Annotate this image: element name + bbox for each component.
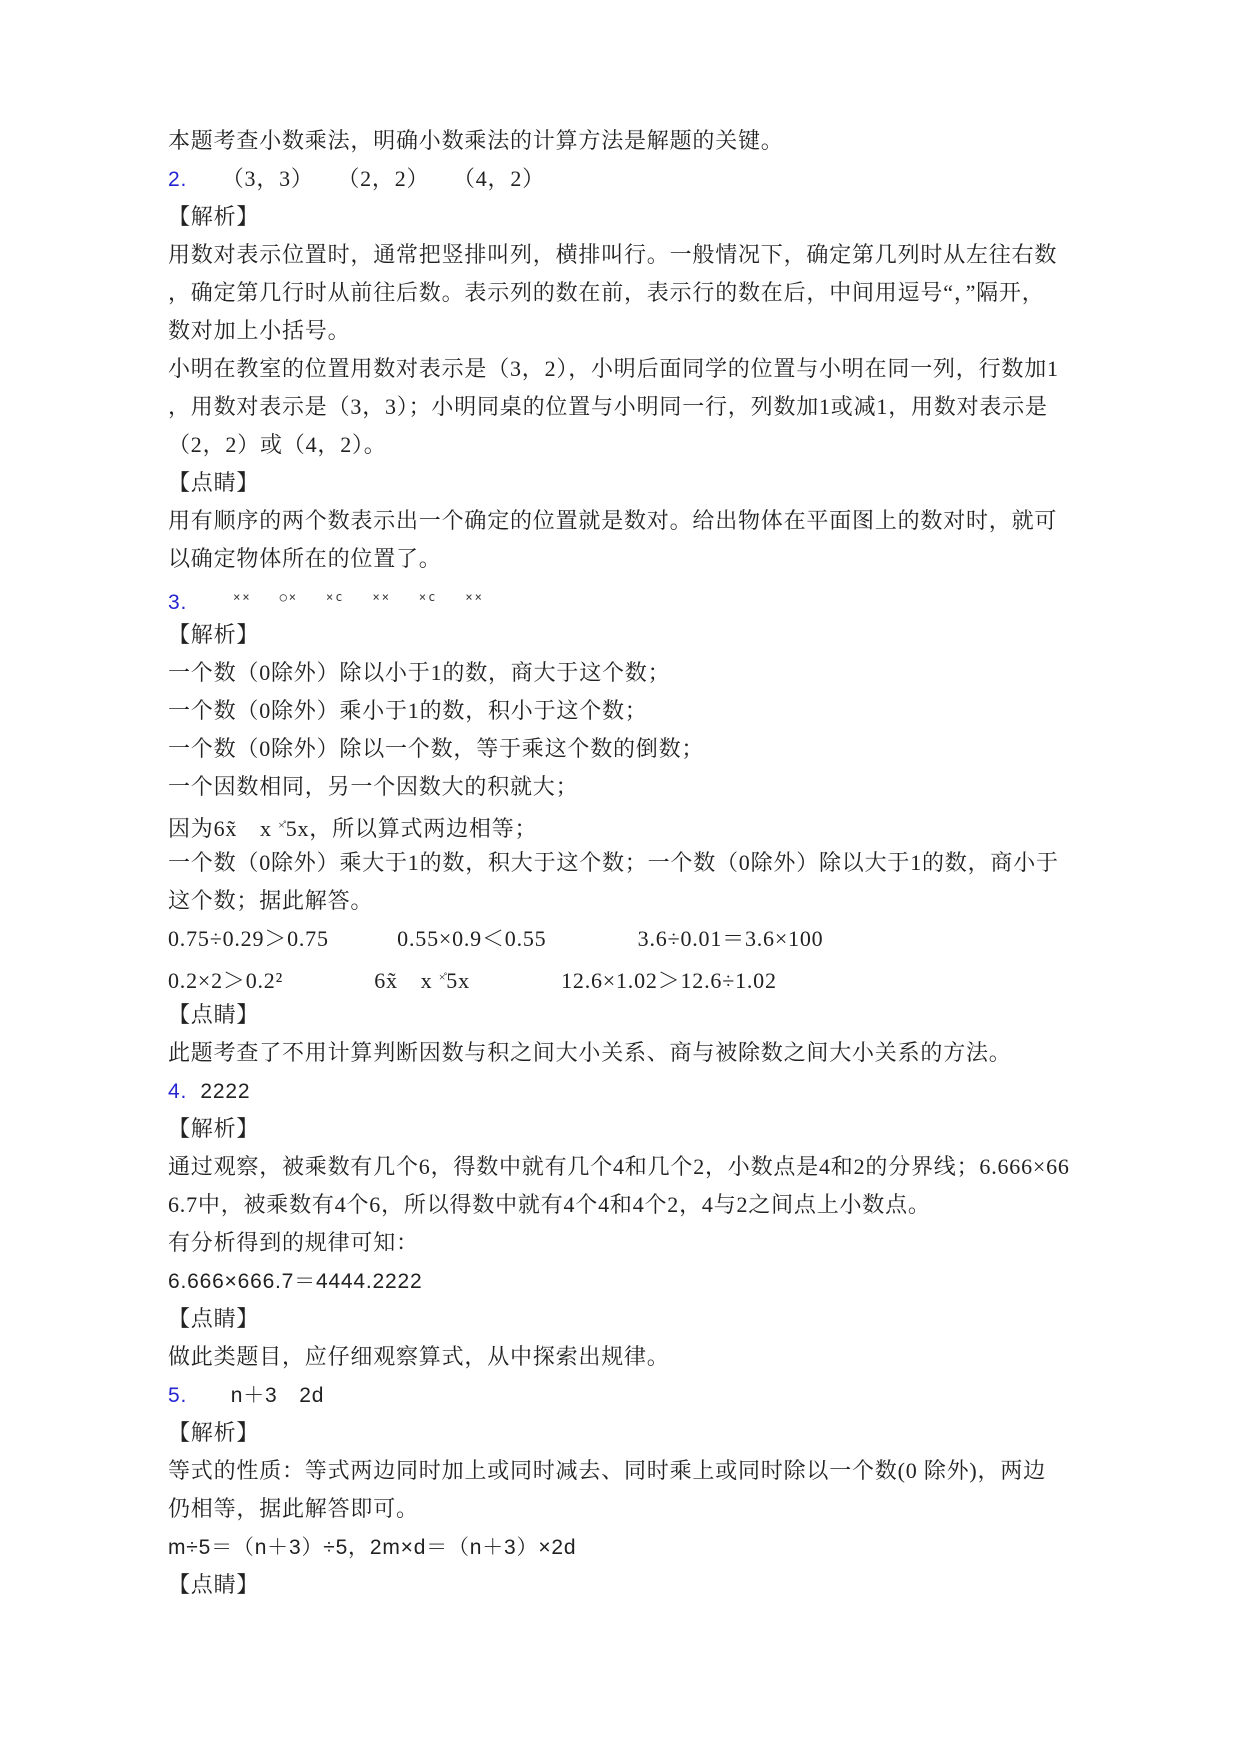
body-line: ，确定第几行时从前往后数。表示列的数在前，表示行的数在后，中间用逗号“，”隔开， (168, 274, 1171, 312)
body-line: 一个数（0除外）乘大于1的数，积大于这个数；一个数（0除外）除以大于1的数，商小… (168, 844, 1171, 882)
answer-text: n＋3 2d (187, 1384, 324, 1407)
formula-part: 因为6x̃ x (168, 816, 278, 841)
analysis-tag: 【解析】 (168, 616, 1171, 654)
line-text: 一个因数相同，另一个因数大的积就大； (168, 774, 578, 799)
line-text: 6.7中，被乘数有4个6，所以得数中就有4个4和4个2，4与2之间点上小数点。 (168, 1192, 931, 1217)
formula-text: m÷5＝（n＋3）÷5，2m×d＝（n＋3）×2d (168, 1536, 576, 1559)
formula-line: 0.2×2＞0.2² 6x̃ x ×̊5x 12.6×1.02＞12.6÷1.0… (168, 958, 1171, 996)
body-line: 6.7中，被乘数有4个6，所以得数中就有4个4和4个2，4与2之间点上小数点。 (168, 1186, 1171, 1224)
answer-line-q4: 4. 2222 (168, 1072, 1171, 1110)
body-line: 以确定物体所在的位置了。 (168, 540, 1171, 578)
body-line: 一个数（0除外）乘小于1的数，积小于这个数； (168, 692, 1171, 730)
body-line: 做此类题目，应仔细观察算式，从中探索出规律。 (168, 1338, 1171, 1376)
tag-text: 【点睛】 (168, 470, 259, 495)
highlight-tag: 【点睛】 (168, 1300, 1171, 1338)
line-text: 本题考查小数乘法，明确小数乘法的计算方法是解题的关键。 (168, 128, 784, 153)
body-line: 仍相等，据此解答即可。 (168, 1490, 1171, 1528)
answer-text: 2222 (187, 1080, 250, 1103)
formula-part: 5x 12.6×1.02＞12.6÷1.02 (446, 968, 776, 993)
line-text: （2，2）或（4，2）。 (168, 432, 387, 457)
analysis-tag: 【解析】 (168, 1414, 1171, 1452)
tag-text: 【点睛】 (168, 1306, 259, 1331)
body-line: 有分析得到的规律可知： (168, 1224, 1171, 1262)
body-line: 数对加上小括号。 (168, 312, 1171, 350)
formula-line: 6.666×666.7＝4444.2222 (168, 1262, 1171, 1300)
tag-text: 【解析】 (168, 1420, 259, 1445)
body-line: 一个因数相同，另一个因数大的积就大； (168, 768, 1171, 806)
body-line: 小明在教室的位置用数对表示是（3，2），小明后面同学的位置与小明在同一列，行数加… (168, 350, 1171, 388)
answer-line-q5: 5. n＋3 2d (168, 1376, 1171, 1414)
line-text: 这个数；据此解答。 (168, 888, 373, 913)
body-line: ，用数对表示是（3，3）；小明同桌的位置与小明同一行，列数加1或减1，用数对表示… (168, 388, 1171, 426)
line-text: 做此类题目，应仔细观察算式，从中探索出规律。 (168, 1344, 670, 1369)
formula-part: 5x，所以算式两边相等； (286, 816, 538, 841)
body-line: 一个数（0除外）除以一个数，等于乘这个数的倒数； (168, 730, 1171, 768)
tag-text: 【解析】 (168, 204, 259, 229)
line-text: 一个数（0除外）乘大于1的数，积大于这个数；一个数（0除外）除以大于1的数，商小… (168, 850, 1059, 875)
body-line: 这个数；据此解答。 (168, 882, 1171, 920)
line-text: 一个数（0除外）除以小于1的数，商大于这个数； (168, 660, 670, 685)
answer-line-q3: 3.×× ○× ×c ×× ×c ×× (168, 578, 1171, 616)
analysis-tag: 【解析】 (168, 1110, 1171, 1148)
line-text: 通过观察，被乘数有几个6，得数中就有几个4和几个2，小数点是4和2的分界线；6.… (168, 1154, 1070, 1179)
tag-text: 【点睛】 (168, 1572, 259, 1597)
line-text: 此题考查了不用计算判断因数与积之间大小关系、商与被除数之间大小关系的方法。 (168, 1040, 1012, 1065)
tag-text: 【点睛】 (168, 1002, 259, 1027)
tag-text: 【解析】 (168, 622, 259, 647)
formula-line: m÷5＝（n＋3）÷5，2m×d＝（n＋3）×2d (168, 1528, 1171, 1566)
answer-line-q2: 2. （3，3） （2，2） （4，2） (168, 160, 1171, 198)
formula-part: 0.2×2＞0.2² 6x̃ x (168, 968, 439, 993)
body-line: 此题考查了不用计算判断因数与积之间大小关系、商与被除数之间大小关系的方法。 (168, 1034, 1171, 1072)
formula-line: 0.75÷0.29＞0.75 0.55×0.9＜0.55 3.6÷0.01＝3.… (168, 920, 1171, 958)
formula-superscript: ×̊ (278, 818, 286, 832)
highlight-tag: 【点睛】 (168, 1566, 1171, 1604)
body-line: 用有顺序的两个数表示出一个确定的位置就是数对。给出物体在平面图上的数对时，就可 (168, 502, 1171, 540)
body-line: （2，2）或（4，2）。 (168, 426, 1171, 464)
highlight-tag: 【点睛】 (168, 996, 1171, 1034)
line-text: ，确定第几行时从前往后数。表示列的数在前，表示行的数在后，中间用逗号“，”隔开， (168, 280, 1045, 305)
line-text: 以确定物体所在的位置了。 (168, 546, 442, 571)
question-number: 2. (168, 168, 187, 191)
formula-text: 6.666×666.7＝4444.2222 (168, 1270, 422, 1293)
body-line: 通过观察，被乘数有几个6，得数中就有几个4和几个2，小数点是4和2的分界线；6.… (168, 1148, 1171, 1186)
answer-symbols: ×× ○× ×c ×× ×c ×× (233, 590, 484, 604)
question-number: 3. (168, 591, 187, 614)
line-text: ，用数对表示是（3，3）；小明同桌的位置与小明同一行，列数加1或减1，用数对表示… (168, 394, 1048, 419)
analysis-tag: 【解析】 (168, 198, 1171, 236)
line-text: 有分析得到的规律可知： (168, 1230, 419, 1255)
formula-text: 0.75÷0.29＞0.75 0.55×0.9＜0.55 3.6÷0.01＝3.… (168, 926, 823, 951)
line-text: 小明在教室的位置用数对表示是（3，2），小明后面同学的位置与小明在同一列，行数加… (168, 356, 1059, 381)
line-text: 用数对表示位置时，通常把竖排叫列，横排叫行。一般情况下，确定第几列时从左往右数 (168, 242, 1057, 267)
line-text: 用有顺序的两个数表示出一个确定的位置就是数对。给出物体在平面图上的数对时，就可 (168, 508, 1057, 533)
line-text: 仍相等，据此解答即可。 (168, 1496, 419, 1521)
line-text: 等式的性质：等式两边同时加上或同时减去、同时乘上或同时除以一个数(0 除外)，两… (168, 1458, 1046, 1483)
question-number: 4. (168, 1080, 187, 1103)
document-page: 本题考查小数乘法，明确小数乘法的计算方法是解题的关键。 2. （3，3） （2，… (0, 0, 1241, 1754)
line-text: 一个数（0除外）除以一个数，等于乘这个数的倒数； (168, 736, 704, 761)
body-line: 等式的性质：等式两边同时加上或同时减去、同时乘上或同时除以一个数(0 除外)，两… (168, 1452, 1171, 1490)
line-text: 一个数（0除外）乘小于1的数，积小于这个数； (168, 698, 648, 723)
body-line: 一个数（0除外）除以小于1的数，商大于这个数； (168, 654, 1171, 692)
answer-text: （3，3） （2，2） （4，2） (187, 166, 545, 191)
formula-line: 因为6x̃ x ×̊5x，所以算式两边相等； (168, 806, 1171, 844)
line-text: 数对加上小括号。 (168, 318, 350, 343)
highlight-tag: 【点睛】 (168, 464, 1171, 502)
body-line: 用数对表示位置时，通常把竖排叫列，横排叫行。一般情况下，确定第几列时从左往右数 (168, 236, 1171, 274)
question-number: 5. (168, 1384, 187, 1407)
tag-text: 【解析】 (168, 1116, 259, 1141)
body-line: 本题考查小数乘法，明确小数乘法的计算方法是解题的关键。 (168, 122, 1171, 160)
